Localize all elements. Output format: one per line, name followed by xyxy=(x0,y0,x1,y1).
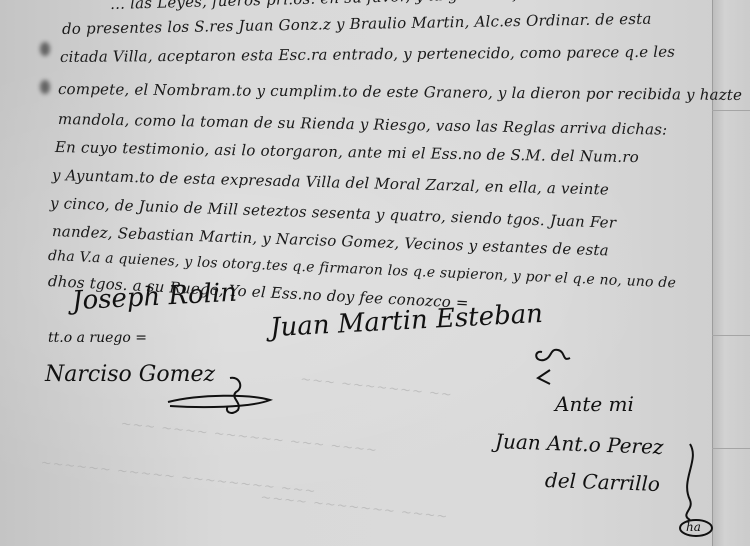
signature-del-carrillo: del Carrillo xyxy=(545,468,661,496)
signature-rubric-flourish xyxy=(160,372,280,418)
witness-note: tt.o a ruego = xyxy=(48,330,147,346)
signature-rubric-cel xyxy=(530,340,580,390)
fold-crease xyxy=(712,110,750,111)
ink-blot xyxy=(40,80,50,94)
signature-ante-mi: Ante mi xyxy=(555,392,634,416)
signature-mark: ha xyxy=(686,520,701,534)
fold-crease xyxy=(712,335,750,336)
ink-blot xyxy=(40,42,50,56)
